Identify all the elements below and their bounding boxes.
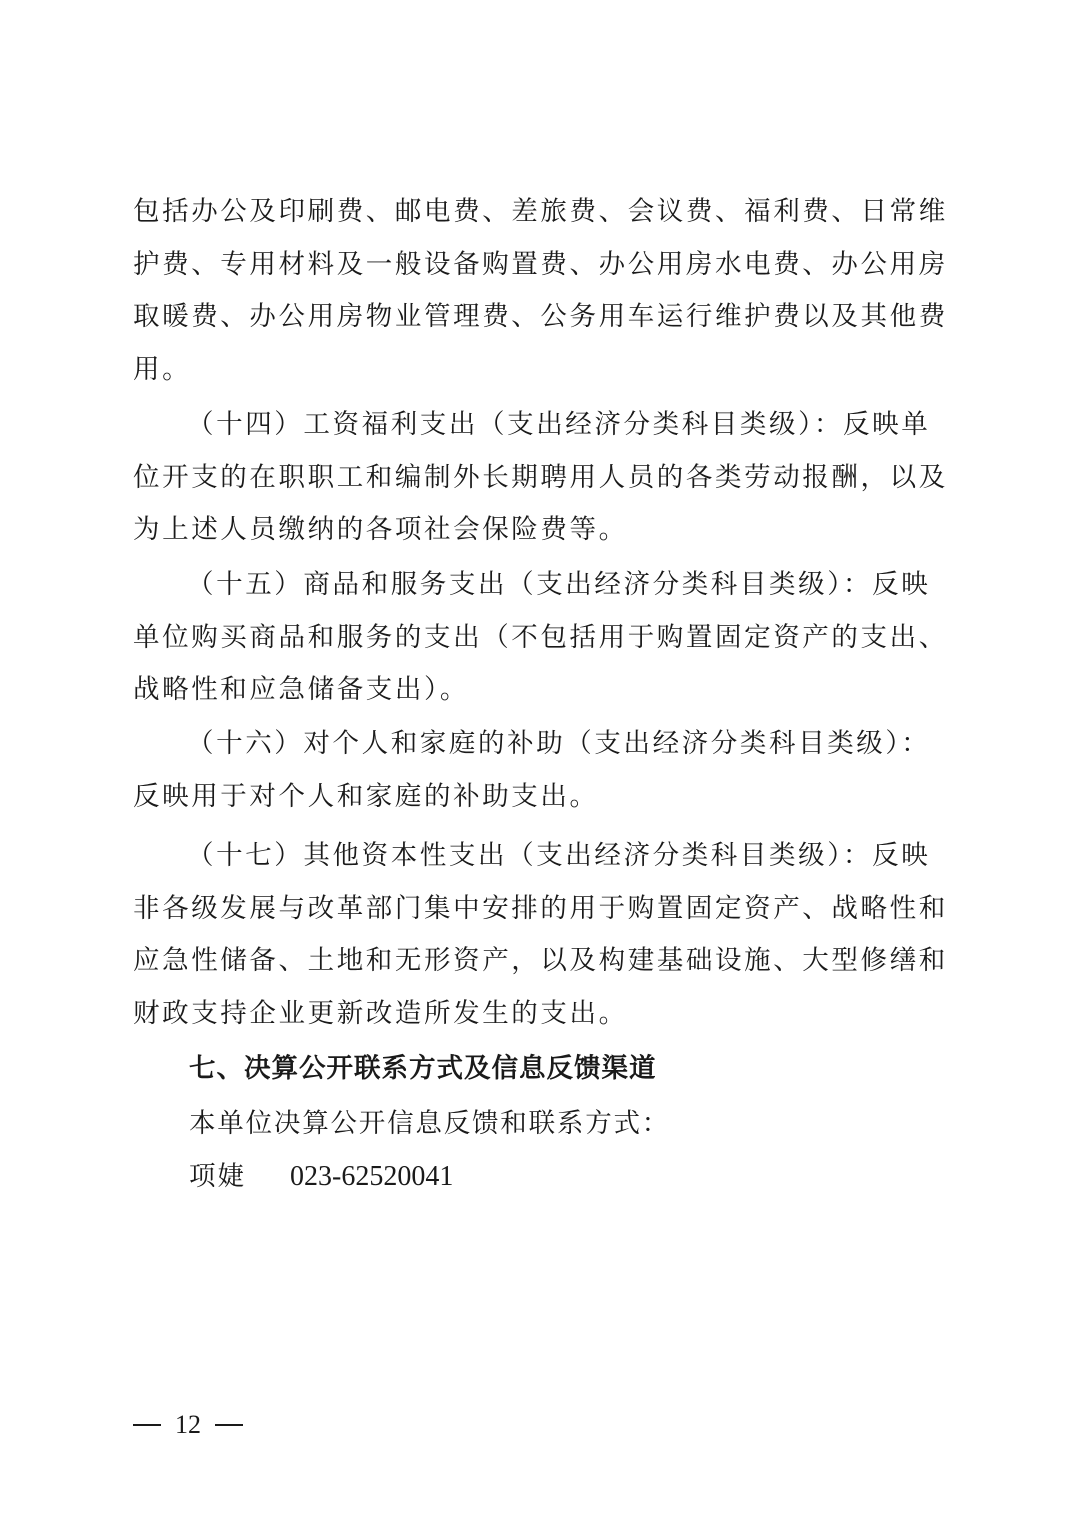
text-line: 位开支的在职职工和编制外长期聘用人员的各类劳动报酬，以及 bbox=[133, 452, 945, 505]
paragraph-expense-list: 包括办公及印刷费、邮电费、差旅费、会议费、福利费、日常维 护费、专用材料及一般设… bbox=[133, 186, 945, 396]
dash-right-icon bbox=[215, 1424, 243, 1426]
contact-line: 项婕023-62520041 bbox=[189, 1154, 453, 1200]
text-line: 非各级发展与改革部门集中安排的用于购置固定资产、战略性和 bbox=[133, 883, 945, 936]
text-line: 战略性和应急储备支出）。 bbox=[133, 664, 945, 717]
paragraph-item-15: （十五）商品和服务支出（支出经济分类科目类级）：反映 单位购买商品和服务的支出（… bbox=[133, 559, 945, 717]
text-line: 护费、专用材料及一般设备购置费、办公用房水电费、办公用房 bbox=[133, 239, 945, 292]
text-line: （十六）对个人和家庭的补助（支出经济分类科目类级）： bbox=[133, 718, 945, 771]
text-line: （十七）其他资本性支出（支出经济分类科目类级）：反映 bbox=[133, 830, 945, 883]
contact-intro: 本单位决算公开信息反馈和联系方式： bbox=[189, 1101, 670, 1147]
contact-name: 项婕 bbox=[189, 1161, 246, 1192]
section-heading: 七、决算公开联系方式及信息反馈渠道 bbox=[189, 1046, 657, 1092]
text-line: 财政支持企业更新改造所发生的支出。 bbox=[133, 988, 945, 1041]
text-line: （十五）商品和服务支出（支出经济分类科目类级）：反映 bbox=[133, 559, 945, 612]
paragraph-item-17: （十七）其他资本性支出（支出经济分类科目类级）：反映 非各级发展与改革部门集中安… bbox=[133, 830, 945, 1040]
contact-phone: 023-62520041 bbox=[290, 1161, 453, 1192]
text-line: 单位购买商品和服务的支出（不包括用于购置固定资产的支出、 bbox=[133, 612, 945, 665]
text-line: 用。 bbox=[133, 344, 945, 397]
page-footer: 12 bbox=[133, 1410, 243, 1440]
page-number: 12 bbox=[175, 1410, 201, 1440]
paragraph-item-14: （十四）工资福利支出（支出经济分类科目类级）：反映单 位开支的在职职工和编制外长… bbox=[133, 399, 945, 557]
paragraph-item-16: （十六）对个人和家庭的补助（支出经济分类科目类级）： 反映用于对个人和家庭的补助… bbox=[133, 718, 945, 823]
text-line: 应急性储备、土地和无形资产，以及构建基础设施、大型修缮和 bbox=[133, 935, 945, 988]
text-line: 反映用于对个人和家庭的补助支出。 bbox=[133, 771, 945, 824]
text-line: 包括办公及印刷费、邮电费、差旅费、会议费、福利费、日常维 bbox=[133, 186, 945, 239]
text-line: 取暖费、办公用房物业管理费、公务用车运行维护费以及其他费 bbox=[133, 291, 945, 344]
document-page: 包括办公及印刷费、邮电费、差旅费、会议费、福利费、日常维 护费、专用材料及一般设… bbox=[0, 0, 1075, 1520]
text-line: 为上述人员缴纳的各项社会保险费等。 bbox=[133, 504, 945, 557]
dash-left-icon bbox=[133, 1424, 161, 1426]
text-line: （十四）工资福利支出（支出经济分类科目类级）：反映单 bbox=[133, 399, 945, 452]
